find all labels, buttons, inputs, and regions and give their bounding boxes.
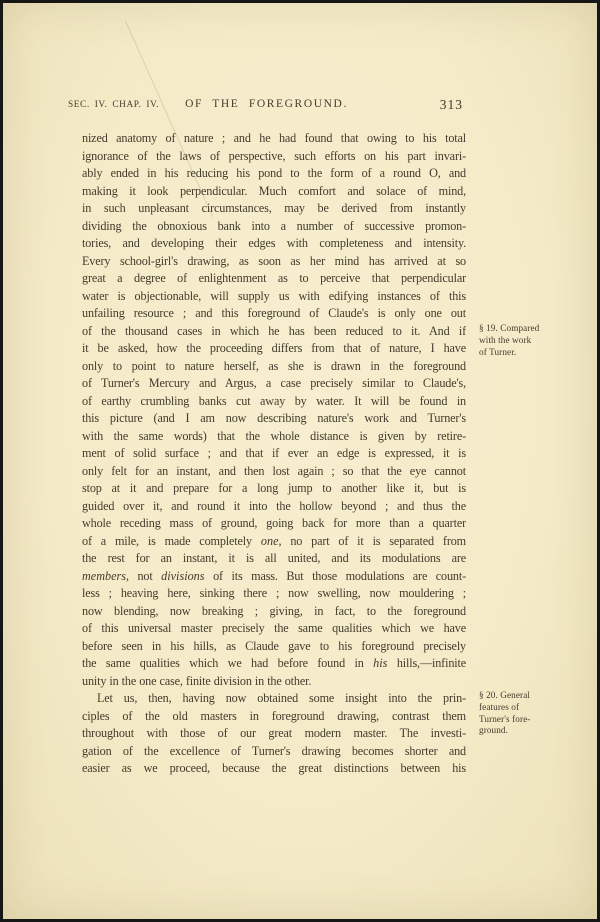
running-header: SEC. IV. CHAP. IV. OF THE FOREGROUND. 31… — [68, 97, 465, 113]
text-line: tories, and developing their edges with … — [82, 235, 466, 253]
sidenote-line: § 20. General — [479, 690, 571, 702]
text-line: it be asked, how the proceeding differs … — [82, 340, 466, 358]
text-line: guided over it, and round it into the ho… — [82, 498, 466, 516]
text-line: the rest for an instant, it is all unite… — [82, 550, 466, 568]
sidenote-line: § 19. Compared — [479, 323, 571, 335]
text-line: of this universal master precisely the s… — [82, 620, 466, 638]
text-line: stop at it and prepare for a long jump t… — [82, 480, 466, 498]
text-line: of a mile, is made completely one, no pa… — [82, 533, 466, 551]
sidenote-line: ground. — [479, 725, 571, 737]
sidenote-line: with the work — [479, 335, 571, 347]
text-line: throughout with those of our great moder… — [82, 725, 466, 743]
text-line: unity in the one case, finite division i… — [82, 673, 466, 691]
text-line: in such unpleasant circumstances, may be… — [82, 200, 466, 218]
text-line: of earthy crumbling banks cut away by wa… — [82, 393, 466, 411]
text-line: unfailing resource ; and this foreground… — [82, 305, 466, 323]
text-line: with the same words) that the whole dist… — [82, 428, 466, 446]
page-number: 313 — [440, 97, 463, 113]
text-line: Every school-girl's drawing, as soon as … — [82, 253, 466, 271]
text-line: members, not divisions of its mass. But … — [82, 568, 466, 586]
text-line: of the thousand cases in which he has be… — [82, 323, 466, 341]
running-title: OF THE FOREGROUND. — [68, 98, 465, 110]
text-line: the same qualities which we had before f… — [82, 655, 466, 673]
text-line: nized anatomy of nature ; and he had fou… — [82, 130, 466, 148]
text-line: Let us, then, having now obtained some i… — [82, 690, 466, 708]
text-line: gation of the excellence of Turner's dra… — [82, 743, 466, 761]
text-line: ably ended in his reducing his pond to t… — [82, 165, 466, 183]
sidenote-section-20: § 20. General features of Turner's fore-… — [479, 690, 571, 737]
text-line: ignorance of the laws of perspective, su… — [82, 148, 466, 166]
book-page: SEC. IV. CHAP. IV. OF THE FOREGROUND. 31… — [0, 0, 600, 922]
text-line: less ; heaving here, sinking there ; now… — [82, 585, 466, 603]
text-line: water is objectionable, will supply us w… — [82, 288, 466, 306]
text-line: whole receding mass of ground, going bac… — [82, 515, 466, 533]
text-line: dividing the obnoxious bank into a numbe… — [82, 218, 466, 236]
text-line: great a degree of enlightenment as to pe… — [82, 270, 466, 288]
text-line: before seen in his hills, as Claude gave… — [82, 638, 466, 656]
sidenote-line: of Turner. — [479, 347, 571, 359]
text-line: making it look perpendicular. Much comfo… — [82, 183, 466, 201]
sidenote-line: Turner's fore- — [479, 714, 571, 726]
body-text: nized anatomy of nature ; and he had fou… — [82, 130, 466, 778]
paragraph: nized anatomy of nature ; and he had fou… — [82, 130, 466, 690]
text-line: of Turner's Mercury and Argus, a case pr… — [82, 375, 466, 393]
text-line: easier as we proceed, because the great … — [82, 760, 466, 778]
text-line: this picture (and I am now describing na… — [82, 410, 466, 428]
text-line: only felt for an instant, and then lost … — [82, 463, 466, 481]
sidenote-line: features of — [479, 702, 571, 714]
text-line: only to point to nature herself, as she … — [82, 358, 466, 376]
paragraph: Let us, then, having now obtained some i… — [82, 690, 466, 778]
text-line: ciples of the old masters in foreground … — [82, 708, 466, 726]
sidenote-section-19: § 19. Compared with the work of Turner. — [479, 323, 571, 358]
text-line: now blending, now breaking ; giving, in … — [82, 603, 466, 621]
text-line: ment of solid surface ; and that if ever… — [82, 445, 466, 463]
